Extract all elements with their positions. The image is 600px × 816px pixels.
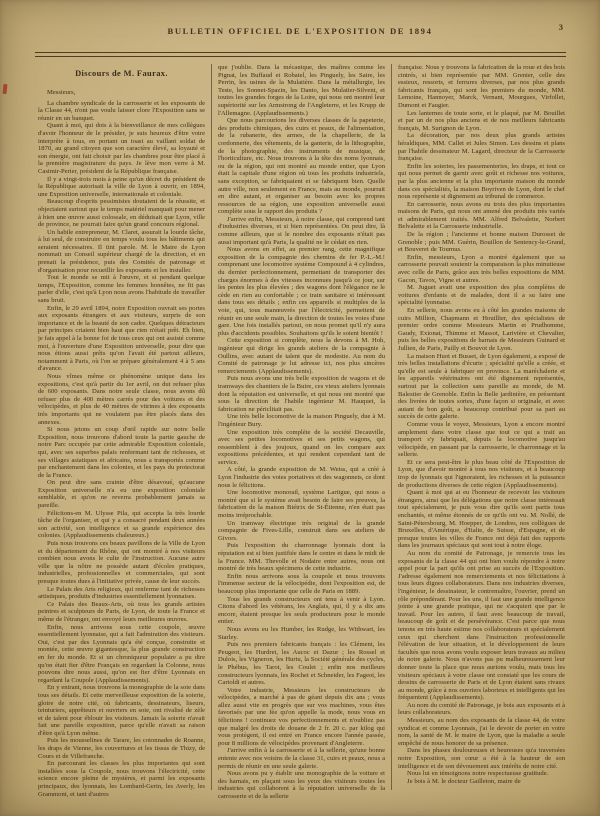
- paragraph: Beaucoup d'esprits pessimistes doutaient…: [38, 198, 205, 228]
- paragraph: Comme vous le voyez, Messieurs, Lyon a e…: [398, 421, 565, 459]
- column-gutter-2: [385, 64, 398, 806]
- paragraph: Je bois à M. le docteur Gailleton, maire…: [398, 778, 565, 786]
- paragraph: Messieurs, au nom des exposants de la cl…: [398, 717, 565, 747]
- paragraph: Votre industrie, Messieurs les construct…: [218, 687, 385, 748]
- paragraph: Puis les mousselines de Tarare, les coto…: [38, 737, 205, 760]
- paragraph: De la région ; l'ancienne et bonne maiso…: [398, 231, 565, 254]
- paragraph: J'arrive enfin à la carrosserie et à la …: [218, 747, 385, 770]
- paragraph: que j'oublie. Dans la mécanique, des maî…: [218, 64, 385, 117]
- paragraph: Enfin les soieries, les passementeries, …: [398, 163, 565, 201]
- paragraph: En y entrant, nous trouvons la monograph…: [38, 684, 205, 737]
- article-body: Discours de M. Faurax. Messieurs, La cha…: [38, 64, 565, 806]
- paragraph: Au nom du comité de Patronage, je remerc…: [398, 550, 565, 702]
- paragraph: Il y a vingt-trois mois à peine qu'un dé…: [38, 176, 205, 199]
- paragraph: Tous les grands constructeurs ont tenu à…: [218, 596, 385, 626]
- paragraph: Nous avons pu y établir une monographie …: [218, 770, 385, 800]
- paragraph: Dans les phases douloureuses et heureuse…: [398, 747, 565, 770]
- paragraph: Puis nos premiers fabricants français : …: [218, 641, 385, 687]
- salutation: Messieurs,: [38, 89, 205, 97]
- red-ink-mark: [2, 84, 7, 94]
- paragraph: Enfin nous arrivons sous la coupole et n…: [218, 573, 385, 596]
- column-rule-2: [391, 64, 392, 790]
- newspaper-page: BULLETIN OFFICIEL DE L'EXPOSITION DE 189…: [0, 0, 600, 816]
- paragraph: Le Palais des Arts religieux, qui renfer…: [38, 586, 205, 601]
- paragraph: Puis nous avons une très belle expositio…: [218, 375, 385, 413]
- paragraph: française. Nous y trouvons la fabricatio…: [398, 64, 565, 110]
- paragraph: Enfin, messieurs, Lyon a montré égalemen…: [398, 254, 565, 284]
- paragraph: Une locomotive monorail, système Lartigu…: [218, 489, 385, 519]
- paragraph: Que nous parcourions les diverses classe…: [218, 117, 385, 216]
- paragraph: On peut dire sans crainte d'être désavou…: [38, 479, 205, 509]
- paragraph: Nous avons eu les Humber, les Rudge, les…: [218, 626, 385, 641]
- paragraph: M. Juguet avait une exposition des plus …: [398, 284, 565, 307]
- paragraph: La décoration, par nos deux plus grands …: [398, 132, 565, 162]
- column-2: que j'oublie. Dans la mécanique, des maî…: [218, 64, 385, 806]
- paragraph: En carrosserie, nous avons eu trois des …: [398, 201, 565, 231]
- column-gutter-1: [205, 64, 218, 806]
- paragraph: Quant à moi qui ai eu l'honneur de recev…: [398, 489, 565, 550]
- paragraph: Puis l'exposition du charronnage lyonnai…: [218, 542, 385, 572]
- paragraph: La maison Huot et Busset, de Lyon égalem…: [398, 353, 565, 421]
- header-double-rule: [35, 52, 566, 57]
- paragraph: Quant à moi, qui dois à la bienveillance…: [38, 122, 205, 175]
- paragraph: En parcourant les classes les plus impor…: [38, 760, 205, 798]
- paragraph: Félicitons-en M. Ulysse Pila, qui accept…: [38, 510, 205, 540]
- paragraph: Un habile entrepreneur, M. Claret, assur…: [38, 229, 205, 275]
- paragraph: Nous avons en effet, au premier rang, ce…: [218, 246, 385, 337]
- paragraph: Tout le monde se mit à l'œuvre, et si pe…: [38, 274, 205, 304]
- paragraph: Un tramway électrique très original de l…: [218, 520, 385, 543]
- masthead: BULLETIN OFFICIEL DE L'EXPOSITION DE 189…: [35, 21, 565, 35]
- paragraph: Cette exposition si complète, nous la de…: [218, 337, 385, 375]
- column-3: française. Nous y trouvons la fabricatio…: [398, 64, 565, 806]
- paragraph: J'arrive enfin, Messieurs, à notre class…: [218, 216, 385, 246]
- paragraph: Et ce sera peut-être le plus beau côté d…: [398, 459, 565, 489]
- paragraph: Une exposition très complète de la socié…: [218, 429, 385, 467]
- paragraph: Une très belle locomotive de la maison P…: [218, 413, 385, 428]
- paragraph: Puis nous trouvons ces beaux pavillons d…: [38, 540, 205, 586]
- column-1: Discours de M. Faurax. Messieurs, La cha…: [38, 64, 205, 806]
- paragraph: A côté, la grande exposition de M. Weiss…: [218, 466, 385, 489]
- page-number: 3: [559, 22, 563, 32]
- paragraph: Ce Palais des Beaux-Arts, où tous les gr…: [38, 601, 205, 624]
- paragraph: Au nom du comité de Patronage, je bois a…: [398, 702, 565, 717]
- column-1-paragraphs: La chambre syndicale de la carrosserie e…: [38, 100, 205, 799]
- paragraph: La chambre syndicale de la carrosserie e…: [38, 100, 205, 123]
- paragraph: Enfin, nous arrivons sous cette coupole,…: [38, 624, 205, 685]
- paragraph: Si nous jetons un coup d'œil rapide sur …: [38, 426, 205, 479]
- bulletin-title: BULLETIN OFFICIEL DE L'EXPOSITION DE 189…: [168, 26, 433, 36]
- article-heading: Discours de M. Faurax.: [38, 69, 205, 78]
- paragraph: Les lanternes de toute sorte, et le plaq…: [398, 110, 565, 133]
- paragraph: Nous lui en témoignons notre respectueus…: [398, 770, 565, 778]
- paragraph: Nous vîmes même ce phénomène unique dans…: [38, 373, 205, 426]
- column-2-paragraphs: que j'oublie. Dans la mécanique, des maî…: [218, 64, 385, 801]
- paragraph: En sellerie, nous avons eu à côté les gr…: [398, 307, 565, 353]
- column-3-paragraphs: française. Nous y trouvons la fabricatio…: [398, 64, 565, 785]
- paragraph: Enfin, le 29 avril 1894, notre Expositio…: [38, 305, 205, 373]
- column-rule-1: [211, 64, 212, 790]
